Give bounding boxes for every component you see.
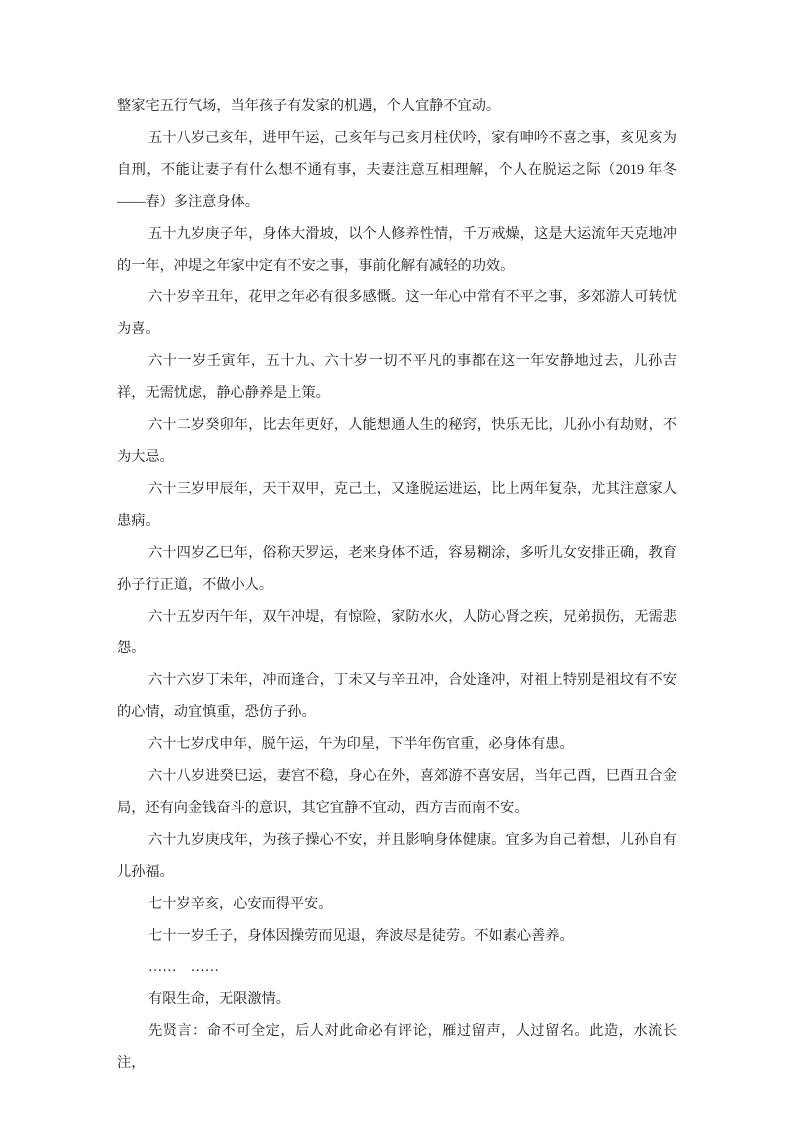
para-age-59: 五十九岁庚子年，身体大滑坡，以个人修养性情，千万戒燥，这是大运流年天克地冲的一年… [117, 219, 677, 283]
para-age-67: 六十七岁戊申年，脱午运，午为印星，下半年伤官重，必身体有患。 [117, 729, 677, 761]
para-sage-quote: 先贤言：命不可全定，后人对此命必有评论，雁过留声，人过留名。此造，水流长注， [117, 1016, 677, 1080]
para-age-64: 六十四岁乙巳年，俗称天罗运，老来身体不适，容易糊涂，多听儿女安排正确，教育孙子行… [117, 538, 677, 602]
para-age-62: 六十二岁癸卯年，比去年更好，人能想通人生的秘窍，快乐无比，儿孙小有劫财，不为大忌… [117, 410, 677, 474]
para-ellipsis: …… …… [117, 952, 677, 984]
para-age-58: 五十八岁己亥年，进甲午运，己亥年与己亥月柱伏吟，家有呻吟不喜之事，亥见亥为自刑，… [117, 123, 677, 219]
document-page: 整家宅五行气场，当年孩子有发家的机遇，个人宜静不宜动。五十八岁己亥年，进甲午运，… [0, 0, 793, 1122]
para-age-63: 六十三岁甲辰年，天干双甲，克己土，又逢脱运进运，比上两年复杂，尤其注意家人患病。 [117, 474, 677, 538]
para-age-69: 六十九岁庚戌年，为孩子操心不安，并且影响身体健康。宜多为自己着想，儿孙自有儿孙福… [117, 825, 677, 889]
para-age-66: 六十六岁丁未年，冲而逢合，丁未又与辛丑冲，合处逢冲，对祖上特别是祖坟有不安的心情… [117, 665, 677, 729]
document-text-body: 整家宅五行气场，当年孩子有发家的机遇，个人宜静不宜动。五十八岁己亥年，进甲午运，… [117, 91, 677, 1080]
para-motto: 有限生命，无限激情。 [117, 984, 677, 1016]
para-continuation-57: 整家宅五行气场，当年孩子有发家的机遇，个人宜静不宜动。 [117, 91, 677, 123]
para-age-71: 七十一岁壬子，身体因操劳而见退，奔波尽是徒劳。不如素心善养。 [117, 921, 677, 953]
para-age-61: 六十一岁壬寅年，五十九、六十岁一切不平凡的事都在这一年安静地过去，儿孙吉祥，无需… [117, 346, 677, 410]
para-age-68: 六十八岁进癸巳运，妻宫不稳，身心在外，喜郊游不喜安居，当年己酉，巳酉丑合金局，还… [117, 761, 677, 825]
para-age-65: 六十五岁丙午年，双午冲堤，有惊险，家防水火，人防心肾之疾，兄弟损伤，无需悲怨。 [117, 602, 677, 666]
para-age-60: 六十岁辛丑年，花甲之年必有很多感慨。这一年心中常有不平之事，多郊游人可转忧为喜。 [117, 282, 677, 346]
para-age-70: 七十岁辛亥，心安而得平安。 [117, 889, 677, 921]
